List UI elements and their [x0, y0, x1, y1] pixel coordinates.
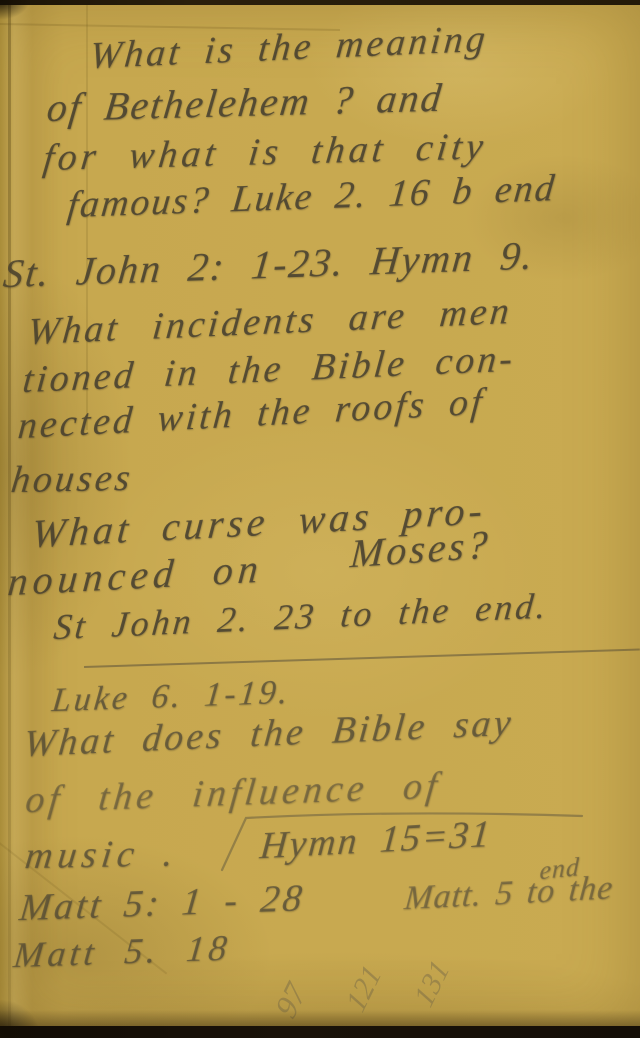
handwritten-line: Moses? — [349, 520, 492, 577]
photo-corner-top-left — [0, 0, 30, 20]
page-bottom-shadow — [0, 1010, 640, 1026]
photo-edge-top — [0, 0, 640, 5]
photo-edge-bottom — [0, 1026, 640, 1038]
handwritten-line-scripture-reference: Matt 5. 18 — [12, 926, 233, 976]
handwritten-line: houses — [9, 456, 136, 502]
notebook-page-photo: What is the meaning of Bethelehem ? and … — [0, 0, 640, 1038]
handwritten-line: music . — [23, 831, 181, 878]
photo-corner-bottom-left — [0, 1000, 40, 1038]
